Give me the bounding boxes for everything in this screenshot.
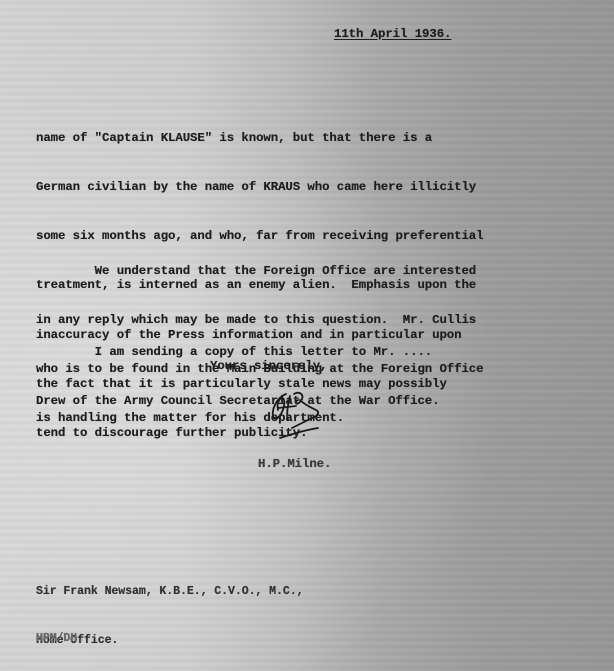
text-line: German civilian by the name of KRAUS who… — [36, 179, 483, 195]
letter-date: 11th April 1936. — [334, 26, 451, 42]
text-line: name of "Captain KLAUSE" is known, but t… — [36, 130, 483, 146]
recipient-block: Sir Frank Newsam, K.B.E., C.V.O., M.C., … — [36, 551, 303, 666]
closing-salutation: Yours sincerely, — [210, 358, 327, 374]
recipient-name: Sir Frank Newsam, K.B.E., C.V.O., M.C., — [36, 584, 303, 600]
signature-icon — [266, 388, 328, 446]
reference-code: HPM/DH. — [36, 631, 84, 647]
text-line: We understand that the Foreign Office ar… — [36, 263, 483, 279]
text-line: Drew of the Army Council Secretariat at … — [36, 393, 439, 409]
signer-name: H.P.Milne. — [258, 456, 331, 472]
